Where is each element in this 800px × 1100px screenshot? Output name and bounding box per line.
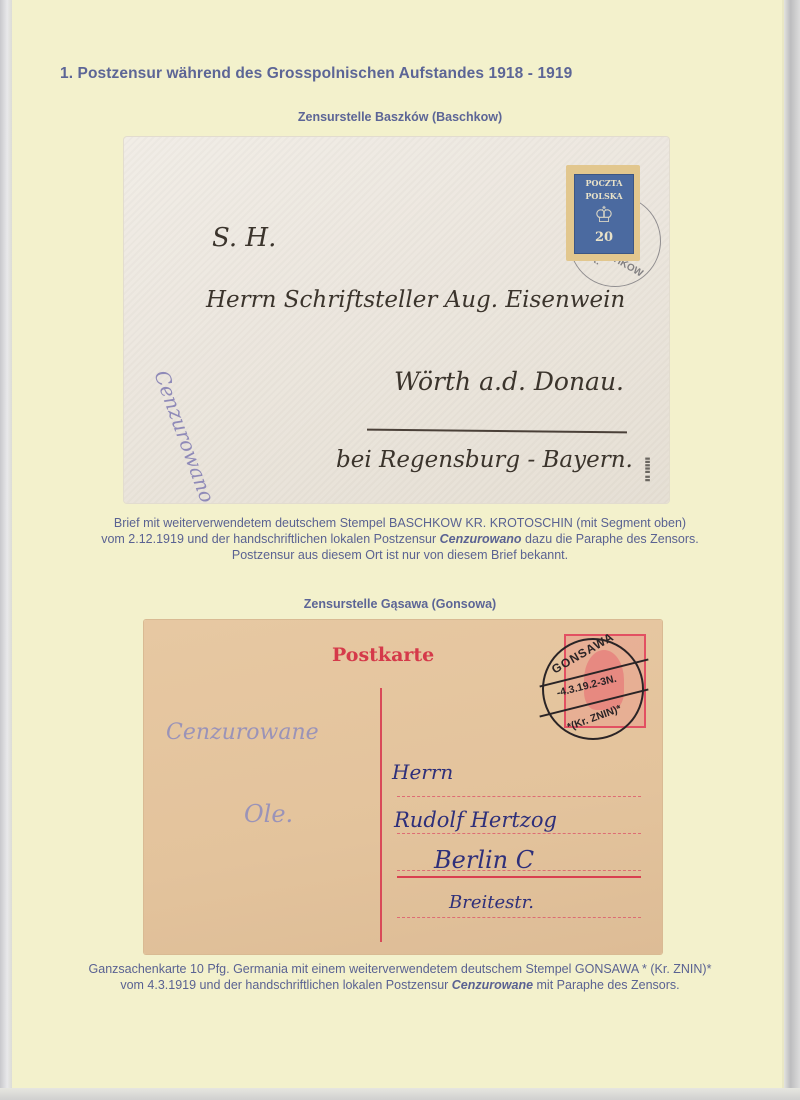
stamp-text-polska: POLSKA bbox=[575, 192, 633, 201]
caption-line: Postzensur aus diesem Ort ist nur von di… bbox=[0, 547, 800, 563]
polish-stamp: POCZTA POLSKA ♔ 20 bbox=[566, 165, 640, 261]
handwriting-street: Breitestr. bbox=[449, 892, 534, 913]
postmark-gonsawa: GONSAWA -4.3.19.2-3N. *(Kr. ZNIN)* bbox=[542, 638, 644, 740]
address-line bbox=[397, 917, 641, 918]
caption-line: Brief mit weiterverwendetem deutschem St… bbox=[0, 515, 800, 531]
address-line bbox=[397, 870, 641, 871]
stamp-design: POCZTA POLSKA ♔ 20 bbox=[574, 174, 634, 254]
caption-postcard: Ganzsachenkarte 10 Pfg. Germania mit ein… bbox=[0, 961, 800, 993]
section-title-gasawa: Zensurstelle Gąsawa (Gonsowa) bbox=[0, 597, 800, 611]
envelope-image: BASCHKOW KR. POCZTA POLSKA ♔ 20 S. H. He… bbox=[124, 137, 669, 503]
section-title-baszkow: Zensurstelle Baszków (Baschkow) bbox=[0, 110, 800, 124]
caption-text: dazu die Paraphe des Zensors. bbox=[522, 532, 699, 546]
stamp-text-poczta: POCZTA bbox=[575, 179, 633, 188]
handwriting-addressee: Herrn Schriftsteller Aug. Eisenwein bbox=[206, 287, 625, 313]
stamp-value: 20 bbox=[575, 231, 633, 245]
caption-text: mit Paraphe des Zensors. bbox=[533, 978, 680, 992]
handwriting-city: Wörth a.d. Donau. bbox=[394, 367, 624, 396]
handwriting-region: bei Regensburg - Bayern. bbox=[336, 447, 633, 473]
caption-envelope: Brief mit weiterverwendetem deutschem St… bbox=[0, 515, 800, 563]
page-edge-bottom bbox=[0, 1088, 800, 1100]
polish-eagle-icon: ♔ bbox=[575, 201, 633, 231]
caption-line: vom 2.12.1919 und der handschriftlichen … bbox=[0, 531, 800, 547]
handwriting-sh: S. H. bbox=[212, 223, 276, 253]
handwriting-herrn: Herrn bbox=[392, 760, 453, 784]
caption-emphasis: Cenzurowane bbox=[452, 978, 533, 992]
caption-line: Ganzsachenkarte 10 Pfg. Germania mit ein… bbox=[0, 961, 800, 977]
caption-emphasis: Cenzurowano bbox=[440, 532, 522, 546]
postmark-date: -4.3.19.2-3N. bbox=[555, 673, 617, 699]
handwriting-recipient: Rudolf Hertzog bbox=[394, 808, 557, 832]
postcard-image: Postkarte GONSAWA -4.3.19.2-3N. *(Kr. ZN… bbox=[144, 620, 662, 954]
address-line bbox=[397, 833, 641, 834]
card-divider-line bbox=[380, 688, 382, 942]
page-heading: 1. Postzensur während des Grosspolnische… bbox=[60, 65, 572, 83]
caption-text: vom 2.12.1919 und der handschriftlichen … bbox=[101, 532, 439, 546]
address-line-solid bbox=[397, 876, 641, 878]
address-line bbox=[397, 796, 641, 797]
caption-text: vom 4.3.1919 und der handschriftlichen l… bbox=[120, 978, 451, 992]
censor-mark-cenzurowane: Cenzurowane bbox=[166, 720, 319, 745]
caption-line: vom 4.3.1919 und der handschriftlichen l… bbox=[0, 977, 800, 993]
printer-imprint: ▮▮▮▮▮ ▮▮ bbox=[644, 457, 651, 482]
postcard-printed-title: Postkarte bbox=[332, 644, 434, 666]
censor-paraphe: Ole. bbox=[244, 800, 293, 828]
